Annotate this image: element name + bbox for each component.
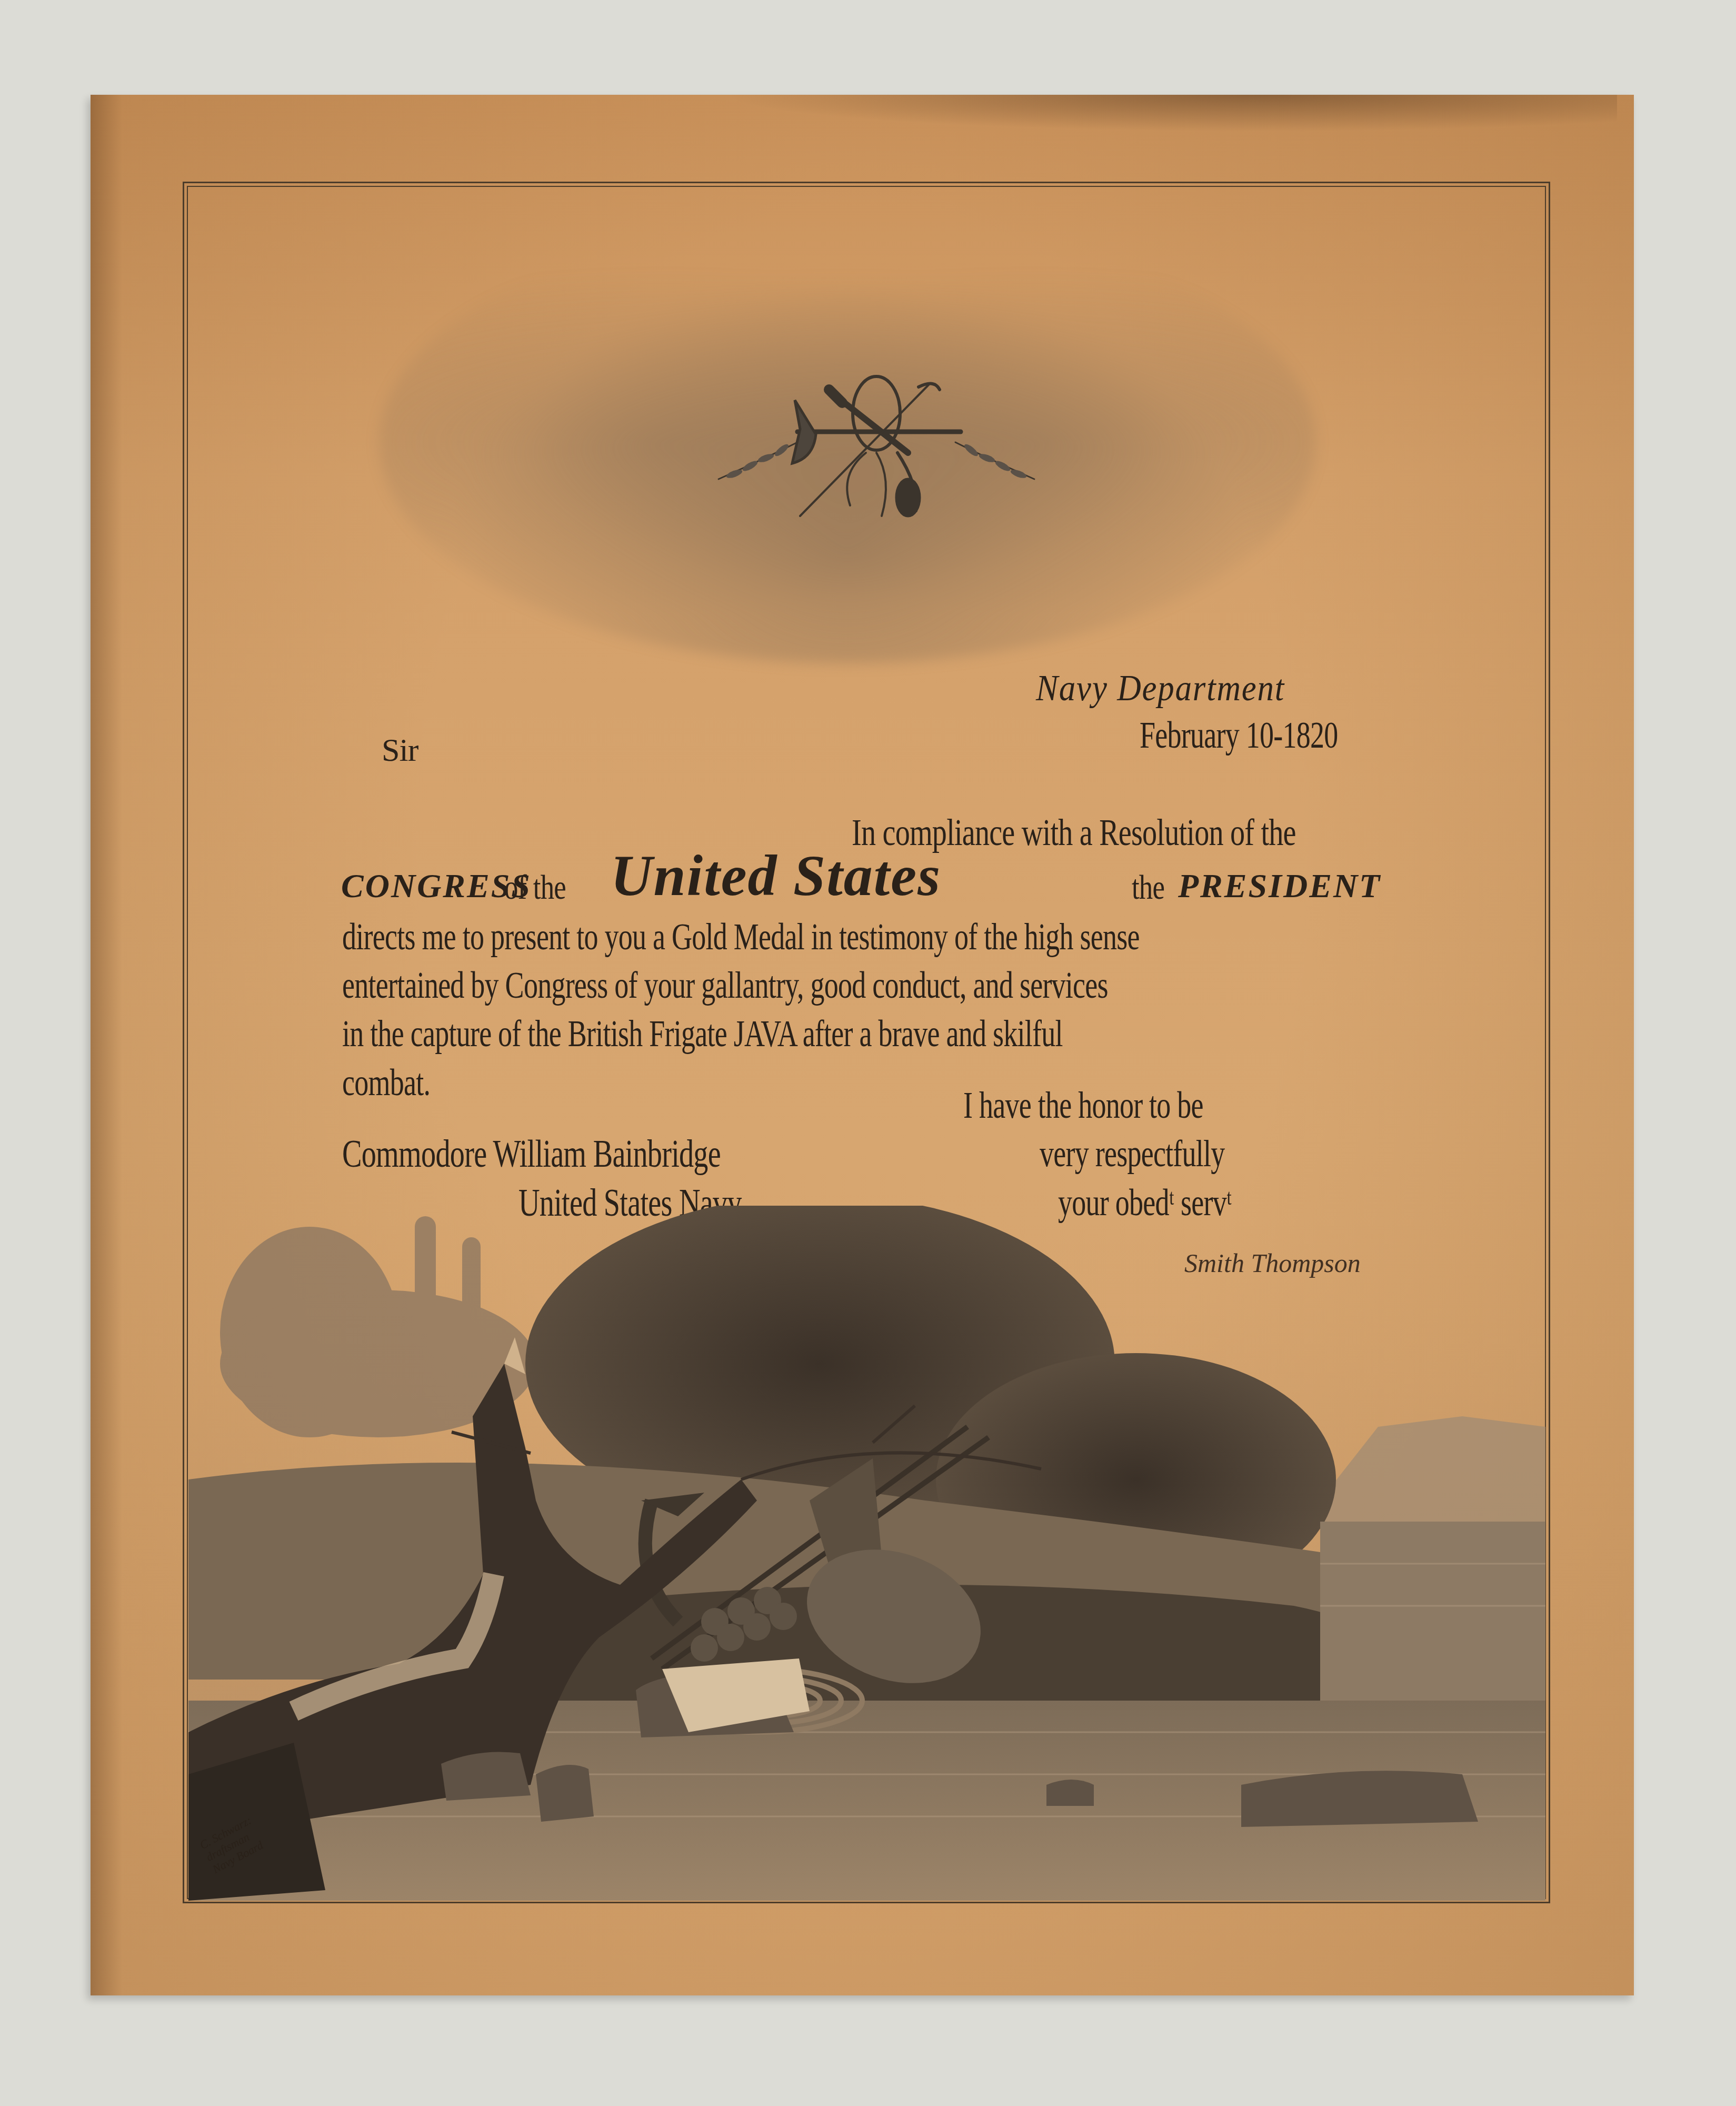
landscape-illustration [188,1206,1545,1901]
president-word: PRESIDENT [1178,867,1381,906]
salutation: Sir [382,732,418,769]
letter-date: February 10-1820 [1140,713,1338,757]
body-line-5: in the capture of the British Frigate JA… [342,1012,1063,1056]
body-line-6: combat. [342,1061,430,1105]
age-stain [722,95,1617,132]
closing-line-1: I have the honor to be [963,1084,1203,1127]
department-heading: Navy Department [1036,668,1285,710]
closing-line-2: very respectfully [1040,1132,1225,1176]
recipient-name: Commodore William Bainbridge [342,1132,721,1177]
body-line-4: entertained by Congress of your gallantr… [342,963,1108,1007]
age-stain [91,95,122,1995]
united-states-flourish: United States [611,842,941,909]
body-line-3: directs me to present to you a Gold Meda… [342,915,1140,959]
of-the-text: of the [504,868,566,908]
military-trophy-emblem-icon [708,369,1045,521]
congress-word: CONGRESS [341,867,532,906]
the-text: the [1132,868,1164,908]
